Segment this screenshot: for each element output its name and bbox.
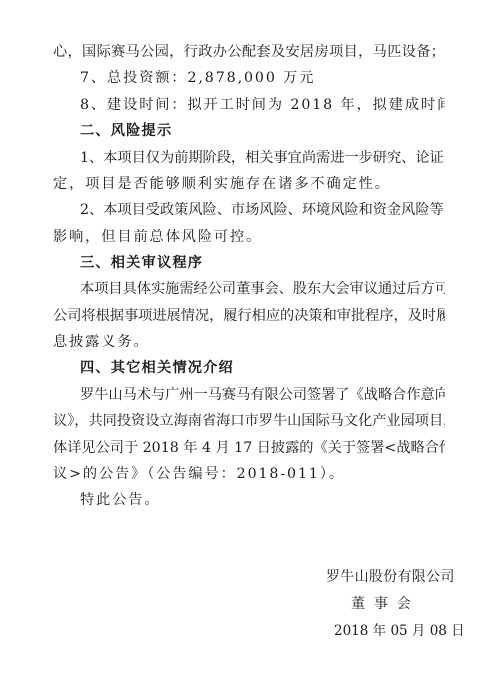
signature-board: 董 事 会 xyxy=(351,591,415,617)
section2-heading: 二、风险提示 xyxy=(80,118,445,144)
review-para-line1: 本项目具体实施需经公司董事会、股东大会审议通过后方可进行。 xyxy=(80,276,445,302)
risk-para1-line2: 定，项目是否能够顺利实施存在诸多不确定性。 xyxy=(53,171,445,197)
section3-heading: 三、相关审议程序 xyxy=(80,250,445,276)
item-8-construction-time: 8、建设时间：拟开工时间为 2018 年，拟建成时间为 2020 年。 xyxy=(80,92,445,118)
other-para-line1: 罗牛山马术与广州一马赛马有限公司签署了《战略合作意向协 xyxy=(80,382,445,408)
item-7-total-investment: 7、总投资额：2,878,000 万元 xyxy=(80,65,445,91)
review-para-line3: 息披露义务。 xyxy=(53,329,445,355)
risk-para2-line1: 2、本项目受政策风险、市场风险、环境风险和资金风险等因素 xyxy=(80,197,445,223)
other-para-line4: 议>的公告》（公告编号：2018-011）。 xyxy=(53,461,445,487)
section1-continuation-line: 心，国际赛马公园，行政办公配套及安居房项目，马匹设备； xyxy=(53,39,445,65)
review-para-line2: 公司将根据事项进展情况，履行相应的决策和审批程序，及时履行信 xyxy=(53,303,445,329)
other-para-line3: 体详见公司于 2018 年 4 月 17 日披露的《关于签署<战略合作意向协 xyxy=(53,435,445,461)
closing-statement: 特此公告。 xyxy=(80,487,445,513)
other-para-line2: 议》，共同投资设立海南省海口市罗牛山国际马文化产业园项目，具 xyxy=(53,408,445,434)
announcement-page: 心，国际赛马公园，行政办公配套及安居房项目，马匹设备； 7、总投资额：2,878… xyxy=(0,0,498,676)
signature-company: 罗牛山股份有限公司 xyxy=(326,564,440,590)
risk-para1-line1: 1、本项目仅为前期阶段，相关事宜尚需进一步研究、论证、确 xyxy=(80,145,445,171)
signature-date: 2018 年 05 月 08 日 xyxy=(334,618,442,644)
section4-heading: 四、其它相关情况介绍 xyxy=(80,355,445,381)
risk-para2-line2: 影响，但目前总体风险可控。 xyxy=(53,224,445,250)
